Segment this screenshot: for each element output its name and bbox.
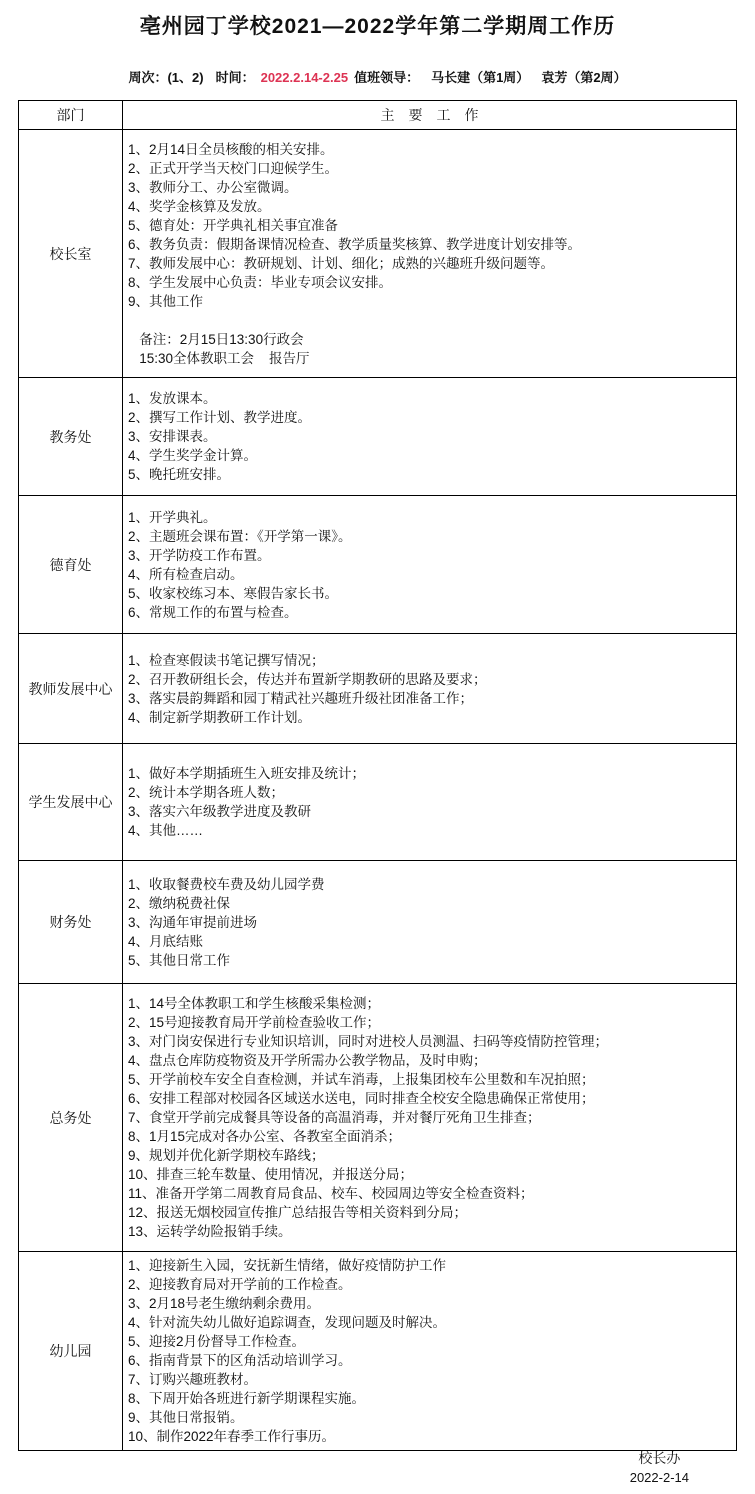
work-item-line: 2、撰写工作计划、教学进度。	[128, 408, 732, 427]
work-items: 1、收取餐费校车费及幼儿园学费2、缴纳税费社保3、沟通年审提前进场4、月底结账5…	[123, 861, 737, 984]
table-row: 教务处1、发放课本。2、撰写工作计划、教学进度。3、安排课表。4、学生奖学金计算…	[19, 378, 737, 496]
work-item-line: 13、运转学幼险报销手续。	[128, 1222, 732, 1241]
footer-date: 2022-2-14	[630, 1468, 689, 1488]
meta-time-value: 2022.2.14-2.25	[261, 70, 348, 85]
department-name: 总务处	[19, 984, 123, 1252]
header-department: 部门	[19, 101, 123, 130]
work-item-line: 7、订购兴趣班教材。	[128, 1370, 732, 1389]
work-item-line: 12、报送无烟校园宣传推广总结报告等相关资料到分局；	[128, 1203, 732, 1222]
work-item-line: 8、下周开始各班进行新学期课程实施。	[128, 1389, 732, 1408]
work-item-line: 1、14号全体教职工和学生核酸采集检测；	[128, 994, 732, 1013]
footer: 校长办 2022-2-14	[630, 1448, 689, 1488]
work-item-line: 5、收家校练习本、寒假告家长书。	[128, 584, 732, 603]
work-item-line: 7、食堂开学前完成餐具等设备的高温消毒，并对餐厅死角卫生排查；	[128, 1108, 732, 1127]
work-item-line: 7、教师发展中心：教研规划、计划、细化；成熟的兴趣班升级问题等。	[128, 254, 732, 273]
work-item-line: 5、晚托班安排。	[128, 465, 732, 484]
work-item-line: 1、检查寒假读书笔记撰写情况；	[128, 651, 732, 670]
work-item-line: 10、制作2022年春季工作行事历。	[128, 1427, 732, 1446]
table-row: 德育处1、开学典礼。2、主题班会课布置：《开学第一课》。3、开学防疫工作布置。4…	[19, 496, 737, 634]
meta-line: 周次：(1、2)时间：2022.2.14-2.25值班领导：马长建（第1周）袁芳…	[0, 67, 755, 86]
work-items: 1、2月14日全员核酸的相关安排。2、正式开学当天校门口迎候学生。3、教师分工、…	[123, 130, 737, 378]
work-item-line: 1、2月14日全员核酸的相关安排。	[128, 140, 732, 159]
work-items: 1、迎接新生入园，安抚新生情绪，做好疫情防护工作2、迎接教育局对开学前的工作检查…	[123, 1252, 737, 1451]
work-item-line: 9、其他日常报销。	[128, 1408, 732, 1427]
work-items: 1、做好本学期插班生入班安排及统计；2、统计本学期各班人数；3、落实六年级教学进…	[123, 744, 737, 861]
work-item-line: 1、做好本学期插班生入班安排及统计；	[128, 764, 732, 783]
work-item-line: 4、盘点仓库防疫物资及开学所需办公教学物品，及时申购；	[128, 1051, 732, 1070]
work-item-line: 4、奖学金核算及发放。	[128, 197, 732, 216]
work-item-line: 4、所有检查启动。	[128, 565, 732, 584]
work-item-line: 4、针对流失幼儿做好追踪调查，发现问题及时解决。	[128, 1313, 732, 1332]
department-name: 德育处	[19, 496, 123, 634]
work-items: 1、14号全体教职工和学生核酸采集检测；2、15号迎接教育局开学前检查验收工作；…	[123, 984, 737, 1252]
work-item-line: 3、教师分工、办公室微调。	[128, 178, 732, 197]
work-item-line: 15:30全体教职工会 报告厅	[128, 349, 732, 368]
work-item-line: 2、召开教研组长会，传达并布置新学期教研的思路及要求；	[128, 670, 732, 689]
work-item-line: 1、开学典礼。	[128, 508, 732, 527]
table-header-row: 部门 主 要 工 作	[19, 101, 737, 130]
department-name: 校长室	[19, 130, 123, 378]
work-item-line: 10、排查三轮车数量、使用情况，并报送分局；	[128, 1165, 732, 1184]
work-item-line: 2、正式开学当天校门口迎候学生。	[128, 159, 732, 178]
work-item-line: 4、制定新学期教研工作计划。	[128, 708, 732, 727]
work-item-line: 8、1月15完成对各办公室、各教室全面消杀；	[128, 1127, 732, 1146]
table-body: 校长室1、2月14日全员核酸的相关安排。2、正式开学当天校门口迎候学生。3、教师…	[19, 130, 737, 1451]
meta-week: 周次：(1、2)	[128, 70, 203, 85]
work-item-line: 4、学生奖学金计算。	[128, 446, 732, 465]
work-item-line: 2、15号迎接教育局开学前检查验收工作；	[128, 1013, 732, 1032]
department-name: 幼儿园	[19, 1252, 123, 1451]
work-item-line: 2、迎接教育局对开学前的工作检查。	[128, 1275, 732, 1294]
header-main-work: 主 要 工 作	[123, 101, 737, 130]
work-item-line: 3、沟通年审提前进场	[128, 913, 732, 932]
meta-duty-leader-2: 袁芳（第2周）	[541, 70, 626, 85]
meta-duty-leader-1: 马长建（第1周）	[431, 70, 529, 85]
meta-time-label: 时间：	[216, 70, 255, 85]
table-row: 学生发展中心1、做好本学期插班生入班安排及统计；2、统计本学期各班人数；3、落实…	[19, 744, 737, 861]
work-item-line: 5、其他日常工作	[128, 951, 732, 970]
work-item-line: 备注：2月15日13:30行政会	[128, 330, 732, 349]
work-item-line: 3、落实六年级教学进度及教研	[128, 802, 732, 821]
work-item-line: 2、主题班会课布置：《开学第一课》。	[128, 527, 732, 546]
work-item-line: 6、指南背景下的区角活动培训学习。	[128, 1351, 732, 1370]
work-item-line: 5、开学前校车安全自查检测，并试车消毒，上报集团校车公里数和车况拍照；	[128, 1070, 732, 1089]
work-item-line: 9、规划并优化新学期校车路线；	[128, 1146, 732, 1165]
work-item-line: 11、准备开学第二周教育局食品、校车、校园周边等安全检查资料；	[128, 1184, 732, 1203]
table-row: 财务处1、收取餐费校车费及幼儿园学费2、缴纳税费社保3、沟通年审提前进场4、月底…	[19, 861, 737, 984]
weekly-work-table: 部门 主 要 工 作 校长室1、2月14日全员核酸的相关安排。2、正式开学当天校…	[18, 100, 737, 1451]
work-items: 1、检查寒假读书笔记撰写情况；2、召开教研组长会，传达并布置新学期教研的思路及要…	[123, 634, 737, 744]
department-name: 学生发展中心	[19, 744, 123, 861]
work-item-line: 6、教务负责：假期备课情况检查、教学质量奖核算、教学进度计划安排等。	[128, 235, 732, 254]
work-item-line: 8、学生发展中心负责：毕业专项会议安排。	[128, 273, 732, 292]
work-item-line: 3、对门岗安保进行专业知识培训，同时对进校人员测温、扫码等疫情防控管理；	[128, 1032, 732, 1051]
work-items: 1、开学典礼。2、主题班会课布置：《开学第一课》。3、开学防疫工作布置。4、所有…	[123, 496, 737, 634]
work-item-line: 5、德育处：开学典礼相关事宜准备	[128, 216, 732, 235]
table-row: 总务处1、14号全体教职工和学生核酸采集检测；2、15号迎接教育局开学前检查验收…	[19, 984, 737, 1252]
table-row: 幼儿园1、迎接新生入园，安抚新生情绪，做好疫情防护工作2、迎接教育局对开学前的工…	[19, 1252, 737, 1451]
work-item-line: 2、缴纳税费社保	[128, 894, 732, 913]
work-item-line: 3、2月18号老生缴纳剩余费用。	[128, 1294, 732, 1313]
footer-office: 校长办	[630, 1448, 689, 1468]
work-item-line: 5、迎接2月份督导工作检查。	[128, 1332, 732, 1351]
work-item-line: 4、月底结账	[128, 932, 732, 951]
department-name: 财务处	[19, 861, 123, 984]
work-item-line: 9、其他工作	[128, 292, 732, 311]
work-item-line	[128, 311, 732, 330]
work-item-line: 6、常规工作的布置与检查。	[128, 603, 732, 622]
work-item-line: 2、统计本学期各班人数；	[128, 783, 732, 802]
table-row: 校长室1、2月14日全员核酸的相关安排。2、正式开学当天校门口迎候学生。3、教师…	[19, 130, 737, 378]
work-item-line: 1、收取餐费校车费及幼儿园学费	[128, 875, 732, 894]
work-item-line: 3、落实晨韵舞蹈和园丁精武社兴趣班升级社团准备工作；	[128, 689, 732, 708]
department-name: 教师发展中心	[19, 634, 123, 744]
work-item-line: 1、迎接新生入园，安抚新生情绪，做好疫情防护工作	[128, 1256, 732, 1275]
work-item-line: 6、安排工程部对校园各区域送水送电，同时排查全校安全隐患确保正常使用；	[128, 1089, 732, 1108]
work-item-line: 3、安排课表。	[128, 427, 732, 446]
work-item-line: 1、发放课本。	[128, 389, 732, 408]
work-item-line: 3、开学防疫工作布置。	[128, 546, 732, 565]
work-item-line: 4、其他……	[128, 821, 732, 840]
table-row: 教师发展中心1、检查寒假读书笔记撰写情况；2、召开教研组长会，传达并布置新学期教…	[19, 634, 737, 744]
meta-duty-label: 值班领导：	[354, 70, 419, 85]
page-title: 亳州园丁学校2021—2022学年第二学期周工作历	[0, 10, 755, 40]
work-items: 1、发放课本。2、撰写工作计划、教学进度。3、安排课表。4、学生奖学金计算。5、…	[123, 378, 737, 496]
department-name: 教务处	[19, 378, 123, 496]
